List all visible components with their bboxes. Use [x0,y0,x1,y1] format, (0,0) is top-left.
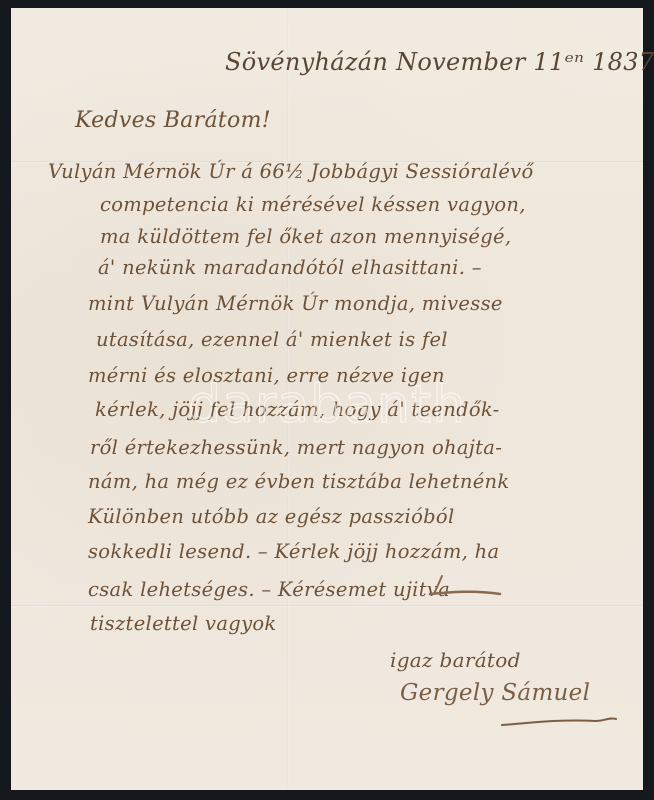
letter-body-line: ma küldöttem fel őket azon mennyiségé, [100,225,511,248]
letter-body-line: nám, ha még ez évben tisztába lehetnénk [88,470,510,493]
letter-body-line: Vulyán Mérnök Úr á 66½ Jobbágyi Sessióra… [48,160,534,183]
letter-dateline: Sövényházán November 11ᵉⁿ 1837. [225,48,654,76]
letter-body-line: mint Vulyán Mérnök Úr mondja, mivesse [88,292,503,315]
letter-body-line: Különben utóbb az egész passzióból [88,505,454,528]
fold-line [11,605,643,607]
letter-body-line: ről értekezhessünk, mert nagyon ohajta- [90,436,502,459]
letter-body-line: tisztelettel vagyok [90,612,277,635]
flourish-icon [420,572,510,602]
letter-body-line: utasítása, ezennel á' mienket is fel [96,328,448,351]
letter-body-line: kérlek, jöjj fel hozzám, hogy á' teendők… [95,398,500,421]
letter-body-line: mérni és elosztani, erre nézve igen [88,364,445,387]
signature-flourish-icon [500,715,620,729]
letter-body-line: competencia ki mérésével késsen vagyon, [100,193,526,216]
letter-body-line: á' nekünk maradandótól elhasittani. – [98,256,482,279]
letter-signature: Gergely Sámuel [400,680,590,706]
letter-salutation: Kedves Barátom! [75,108,271,133]
letter-body-line: csak lehetséges. – Kérésemet ujitva [88,578,450,601]
letter-body-line: sokkedli lesend. – Kérlek jöjj hozzám, h… [88,540,499,563]
letter-closing: igaz barátod [390,648,521,672]
